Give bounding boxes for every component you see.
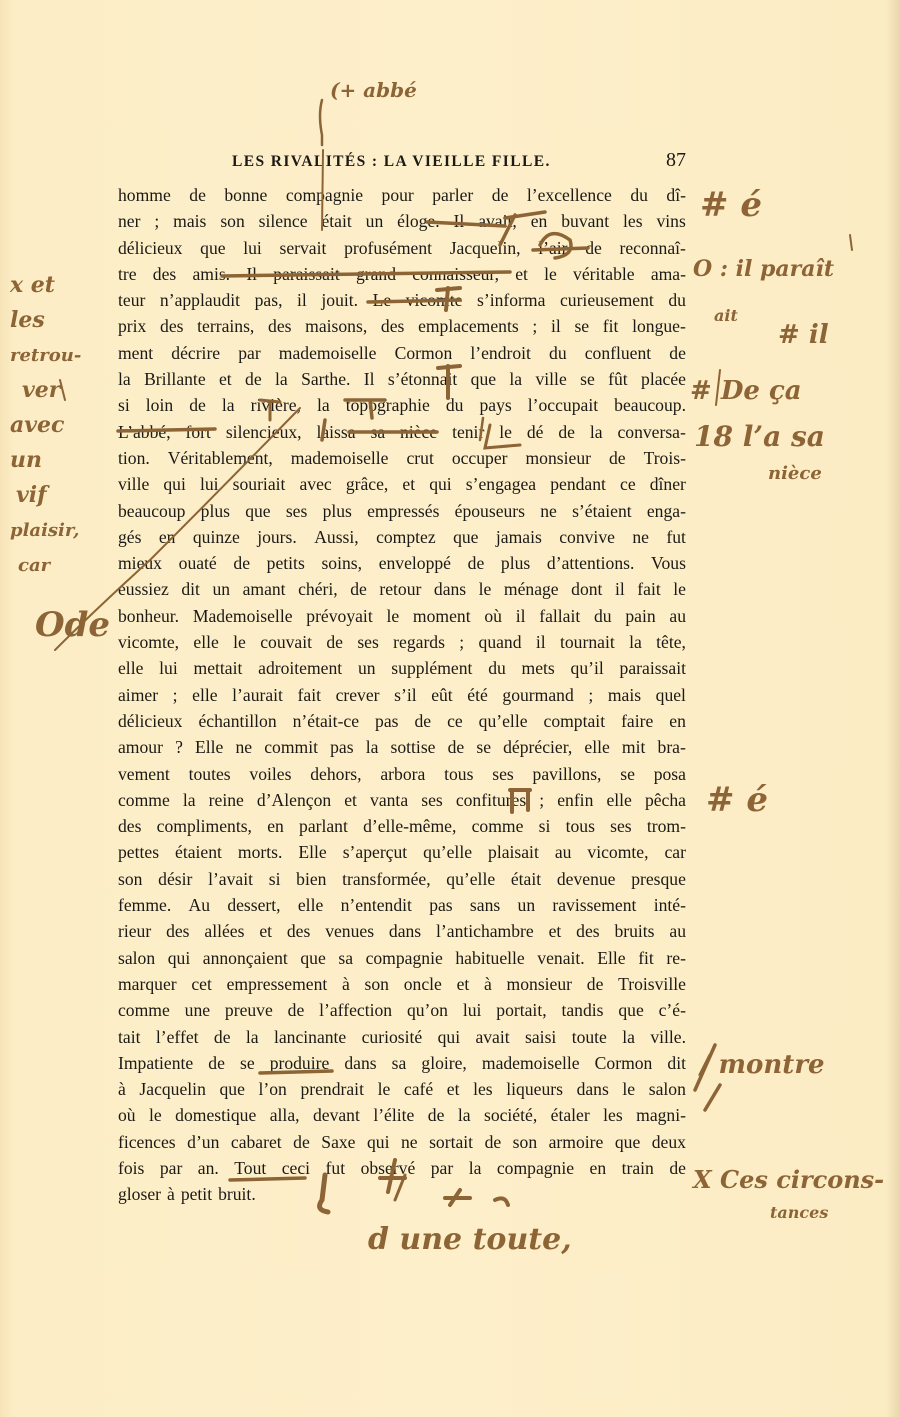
word: dehors, bbox=[310, 761, 361, 787]
word: la bbox=[509, 366, 522, 392]
word: pêcha bbox=[645, 787, 686, 813]
word: pas bbox=[375, 708, 398, 734]
word: compagnie bbox=[286, 182, 363, 208]
word: Au bbox=[189, 892, 211, 918]
word: éloge. bbox=[397, 208, 440, 234]
word: venait. bbox=[537, 945, 584, 971]
word: se bbox=[580, 366, 595, 392]
text-line: siloindelarivière,latopographiedupaysl’o… bbox=[118, 392, 686, 418]
word: au bbox=[669, 603, 686, 629]
annotation-left-line: retrou- bbox=[10, 338, 120, 373]
word: il bbox=[615, 576, 625, 602]
word: l’occupait bbox=[528, 392, 598, 418]
word: ? bbox=[175, 734, 183, 760]
word: un bbox=[212, 576, 230, 602]
word: dans bbox=[389, 918, 421, 944]
word: confluent bbox=[585, 340, 651, 366]
word: d’Alençon bbox=[257, 787, 331, 813]
word: prévoyait bbox=[306, 603, 372, 629]
text-line: tredesamis.Ilparaissaitgrandconnaisseur,… bbox=[118, 261, 686, 287]
word: placée bbox=[641, 366, 686, 392]
word: Cormon bbox=[395, 340, 453, 366]
text-line: commelareined’Alençonetvantasesconfiture… bbox=[118, 787, 686, 813]
word: du bbox=[668, 287, 686, 313]
text-line: prixdesterrains,desmaisons,desemplacemen… bbox=[118, 313, 686, 339]
word: allées bbox=[204, 918, 244, 944]
text-line: vicomte,ellelecouvaitdesesregards;quandi… bbox=[118, 629, 686, 655]
word: tournait bbox=[560, 629, 615, 655]
word: presque bbox=[631, 866, 686, 892]
annotation-left-line: Ode bbox=[35, 608, 145, 643]
word: elle bbox=[298, 892, 323, 918]
word: et bbox=[344, 787, 357, 813]
word: et bbox=[457, 971, 470, 997]
word: par bbox=[431, 1155, 453, 1181]
word: ses bbox=[421, 787, 443, 813]
word: été bbox=[467, 682, 488, 708]
word: ; bbox=[154, 208, 159, 234]
word: à bbox=[484, 971, 492, 997]
annotation-left-line: un bbox=[10, 443, 120, 478]
word: en bbox=[531, 208, 548, 234]
word: fois bbox=[118, 1155, 144, 1181]
word: ville bbox=[535, 366, 566, 392]
word: s’il bbox=[394, 682, 416, 708]
annotation-right: X Ces circons- bbox=[693, 1165, 884, 1194]
word: parlant bbox=[299, 813, 348, 839]
word: fort bbox=[186, 419, 211, 445]
word: gourmand bbox=[502, 682, 573, 708]
word: pays bbox=[479, 392, 511, 418]
word: pain bbox=[625, 603, 655, 629]
word: en bbox=[669, 708, 686, 734]
word: bruits bbox=[614, 918, 654, 944]
word: et bbox=[402, 471, 415, 497]
word: son bbox=[365, 971, 389, 997]
annotation-left-line: car bbox=[18, 548, 128, 583]
word: supplément bbox=[391, 655, 472, 681]
word: habituelle bbox=[455, 945, 524, 971]
word: l’avait bbox=[208, 866, 253, 892]
word: qui bbox=[438, 1024, 460, 1050]
word: ; bbox=[173, 682, 178, 708]
word: convive bbox=[559, 524, 615, 550]
word: dîner bbox=[650, 471, 686, 497]
text-line: ficencesd’uncabaretdeSaxequinesortaitdes… bbox=[118, 1129, 686, 1155]
text-line: beaucoupplusquesesplusempressésépouseurs… bbox=[118, 498, 686, 524]
word: dî- bbox=[666, 182, 686, 208]
word: l’endroit bbox=[470, 340, 531, 366]
word: toute bbox=[572, 1024, 607, 1050]
word: de bbox=[414, 708, 431, 734]
word: ner bbox=[118, 208, 140, 234]
word: empressement bbox=[227, 971, 328, 997]
word: l’effet bbox=[156, 1024, 199, 1050]
word: de bbox=[189, 392, 206, 418]
word: Trois- bbox=[644, 445, 686, 471]
word: étaient bbox=[175, 839, 222, 865]
word: salon bbox=[118, 945, 155, 971]
word: s’aperçut bbox=[343, 839, 407, 865]
word: du bbox=[446, 392, 464, 418]
word: de bbox=[669, 340, 686, 366]
word: désir bbox=[158, 866, 192, 892]
word: rivière, bbox=[251, 392, 301, 418]
word: qui bbox=[367, 1129, 389, 1155]
word: grand bbox=[356, 261, 396, 287]
word: de bbox=[485, 1129, 502, 1155]
word: la bbox=[183, 787, 196, 813]
word: oncle bbox=[404, 971, 442, 997]
word: devenue bbox=[557, 866, 616, 892]
word: pas bbox=[429, 892, 452, 918]
word: Il bbox=[246, 261, 257, 287]
word: reine bbox=[209, 787, 244, 813]
word: ravissement bbox=[552, 892, 636, 918]
word: un bbox=[358, 655, 376, 681]
word: dit bbox=[667, 1050, 686, 1076]
word: fallait bbox=[539, 603, 580, 629]
annotation-right: # il bbox=[778, 320, 829, 350]
text-line: teurn’applauditpas,iljouit.Levicomtes’in… bbox=[118, 287, 686, 313]
annotation-left-line: x et bbox=[10, 268, 120, 303]
word: bruit. bbox=[218, 1181, 256, 1207]
word: où bbox=[118, 1102, 136, 1128]
text-line: villequiluisouriaitavecgrâce,etquis’enga… bbox=[118, 471, 686, 497]
word: gés bbox=[118, 524, 141, 550]
word: ; bbox=[459, 629, 464, 655]
word: avait bbox=[475, 1024, 509, 1050]
word: quand bbox=[479, 629, 522, 655]
word: mets bbox=[522, 655, 555, 681]
word: bien bbox=[296, 866, 326, 892]
word: fit bbox=[638, 945, 654, 971]
word: de bbox=[214, 1024, 231, 1050]
word: comme bbox=[472, 813, 524, 839]
word: était bbox=[511, 866, 541, 892]
word: ; bbox=[588, 682, 593, 708]
text-line: mentdécrireparmademoiselleCormonl’endroi… bbox=[118, 340, 686, 366]
word: de bbox=[293, 1129, 310, 1155]
word: du bbox=[488, 655, 506, 681]
word: pour bbox=[382, 182, 414, 208]
word: qui bbox=[163, 471, 185, 497]
word: mademoiselle bbox=[291, 445, 389, 471]
word: mademoiselle bbox=[279, 340, 377, 366]
word: mit bbox=[622, 734, 645, 760]
word: du bbox=[594, 603, 612, 629]
word: vins bbox=[656, 208, 685, 234]
word: l’air bbox=[538, 235, 567, 261]
word: jours. bbox=[257, 524, 297, 550]
word: empressés bbox=[367, 498, 439, 524]
word: tre bbox=[118, 261, 137, 287]
word: teur bbox=[118, 287, 145, 313]
word: beaucoup bbox=[118, 498, 185, 524]
word: de bbox=[208, 1050, 225, 1076]
word: preuve bbox=[225, 997, 273, 1023]
word: enfin bbox=[557, 787, 593, 813]
word: marquer bbox=[118, 971, 177, 997]
word: à bbox=[118, 1076, 126, 1102]
word: de bbox=[492, 182, 509, 208]
word: ne bbox=[540, 498, 557, 524]
word: domestique bbox=[175, 1102, 256, 1128]
word: se bbox=[476, 734, 491, 760]
word: inté- bbox=[654, 892, 686, 918]
word: déprécier, bbox=[503, 734, 572, 760]
word: observé bbox=[361, 1155, 416, 1181]
word: ne bbox=[632, 524, 649, 550]
annotation-left-line: avec bbox=[10, 408, 120, 443]
word: sa bbox=[338, 945, 353, 971]
word: s’informa bbox=[477, 287, 545, 313]
word: à bbox=[167, 1181, 175, 1207]
word: qui bbox=[429, 471, 451, 497]
word: la bbox=[458, 1102, 471, 1128]
word: les bbox=[473, 1076, 493, 1102]
word: le bbox=[544, 261, 557, 287]
word: Elle bbox=[298, 839, 326, 865]
word: prendrait bbox=[300, 1076, 364, 1102]
word: par bbox=[160, 1155, 182, 1181]
word: la bbox=[246, 1024, 259, 1050]
word: un bbox=[518, 892, 536, 918]
word: adroitement bbox=[258, 655, 342, 681]
word: Jacquelin, bbox=[450, 235, 521, 261]
word: sortait bbox=[429, 1129, 473, 1155]
word: si bbox=[539, 813, 551, 839]
text-line: marquercetempressementàsononcleetàmonsie… bbox=[118, 971, 686, 997]
word: avec bbox=[300, 471, 332, 497]
word: beaucoup. bbox=[614, 392, 686, 418]
word: l’on bbox=[259, 1076, 287, 1102]
word: son bbox=[118, 866, 142, 892]
annotation-left-line: les bbox=[10, 303, 120, 338]
word: n’entendit bbox=[341, 892, 412, 918]
text-line: aimer;ellel’auraitfaitcrevers’ileûtétégo… bbox=[118, 682, 686, 708]
word: magni- bbox=[636, 1102, 686, 1128]
page-number: 87 bbox=[666, 149, 686, 172]
word: le bbox=[499, 419, 512, 445]
word: lui bbox=[159, 655, 178, 681]
word: délicieux bbox=[118, 708, 182, 734]
word: an. bbox=[198, 1155, 219, 1181]
annotation-bottom: d une toute, bbox=[368, 1222, 572, 1257]
word: il bbox=[551, 313, 561, 339]
word: silencieux, bbox=[226, 419, 302, 445]
text-line: délicieuxéchantillonn’était-cepasdecequ’… bbox=[118, 708, 686, 734]
word: l’aurait bbox=[232, 682, 283, 708]
word: arbora bbox=[380, 761, 425, 787]
word: le bbox=[378, 1076, 391, 1102]
word: son bbox=[513, 1129, 537, 1155]
word: fut bbox=[326, 1155, 346, 1181]
word: des bbox=[118, 813, 141, 839]
word: une bbox=[185, 997, 210, 1023]
word: Saxe bbox=[321, 1129, 355, 1155]
word: la bbox=[317, 392, 330, 418]
text-line: foisparan.Toutcecifutobservéparlacompagn… bbox=[118, 1155, 686, 1181]
word: conversa- bbox=[617, 419, 685, 445]
word: délicieux bbox=[118, 235, 182, 261]
word: Jacquelin bbox=[139, 1076, 205, 1102]
word: la bbox=[366, 734, 379, 760]
annotation-right: # é bbox=[706, 780, 768, 820]
word: longue- bbox=[632, 313, 686, 339]
word: la bbox=[275, 366, 288, 392]
word: compliments, bbox=[157, 813, 252, 839]
word: compagnie bbox=[497, 1155, 574, 1181]
word: monsieur bbox=[507, 971, 572, 997]
word: de bbox=[326, 629, 343, 655]
word: était bbox=[321, 208, 351, 234]
word: Aussi, bbox=[314, 524, 358, 550]
word: salon bbox=[649, 1076, 686, 1102]
text-line: ner;maissonsilenceétaitunéloge.Ilavait,e… bbox=[118, 208, 686, 234]
word: que bbox=[618, 997, 643, 1023]
word: plus bbox=[501, 550, 530, 576]
text-line: gloseràpetitbruit. bbox=[118, 1181, 686, 1207]
word: des bbox=[153, 261, 176, 287]
word: la bbox=[222, 392, 235, 418]
word: la bbox=[469, 1155, 482, 1181]
annotation-left-line: plaisir, bbox=[10, 513, 120, 548]
text-line: elleluimettaitadroitementunsupplémentdum… bbox=[118, 655, 686, 681]
word: société, bbox=[484, 1102, 537, 1128]
word: Brillante bbox=[144, 366, 206, 392]
word: sa bbox=[370, 419, 385, 445]
text-line: amour?Ellenecommitpaslasottisedesedépréc… bbox=[118, 734, 686, 760]
word: bra- bbox=[658, 734, 686, 760]
word: homme bbox=[118, 182, 171, 208]
word: crever bbox=[336, 682, 380, 708]
word: topographie bbox=[346, 392, 430, 418]
word: dont bbox=[571, 576, 602, 602]
word: se bbox=[240, 1050, 255, 1076]
word: des bbox=[166, 918, 189, 944]
word: fait bbox=[298, 682, 321, 708]
word: la bbox=[629, 629, 642, 655]
word: et bbox=[447, 1076, 460, 1102]
word: ses bbox=[492, 761, 514, 787]
word: et bbox=[259, 918, 272, 944]
word: que bbox=[245, 498, 270, 524]
word: tous bbox=[566, 813, 595, 839]
annotation-left-line: vif bbox=[16, 478, 126, 513]
word: curieusement bbox=[560, 287, 654, 313]
word: amis. bbox=[192, 261, 230, 287]
word: car bbox=[664, 839, 685, 865]
body-text: hommedebonnecompagniepourparlerdel’excel… bbox=[118, 182, 686, 1208]
word: et bbox=[549, 918, 562, 944]
word: qu’elle bbox=[423, 839, 472, 865]
word: devant bbox=[313, 1102, 360, 1128]
word: dit bbox=[181, 576, 200, 602]
word: femme. bbox=[118, 892, 171, 918]
word: retour bbox=[379, 576, 421, 602]
word: jouit. bbox=[321, 287, 358, 313]
word: où bbox=[484, 603, 502, 629]
word: buvant bbox=[561, 208, 609, 234]
word: de bbox=[468, 550, 485, 576]
annotation-right: tances bbox=[770, 1203, 828, 1222]
word: elle bbox=[606, 787, 631, 813]
word: comptait bbox=[544, 708, 606, 734]
annotation-right: O : il paraît bbox=[693, 256, 834, 282]
word: de bbox=[245, 366, 262, 392]
text-line: rieurdesalléesetdesvenuesdansl’antichamb… bbox=[118, 918, 686, 944]
word: Impatiente bbox=[118, 1050, 193, 1076]
word: s’étaient bbox=[572, 498, 632, 524]
word: Tout bbox=[234, 1155, 266, 1181]
word: ménage bbox=[504, 576, 559, 602]
word: portait, bbox=[496, 997, 546, 1023]
word: vanta bbox=[370, 787, 408, 813]
running-head-title: LES RIVALITÉS : LA VIEILLE FILLE. bbox=[232, 153, 551, 171]
word: moment bbox=[413, 603, 471, 629]
word: mais bbox=[608, 682, 641, 708]
word: mademoiselle bbox=[482, 1050, 580, 1076]
word: des bbox=[381, 313, 404, 339]
word: gloire, bbox=[421, 1050, 466, 1076]
word: elle bbox=[584, 734, 609, 760]
text-line: oùledomestiquealla,devantl’élitedelasoci… bbox=[118, 1102, 686, 1128]
word: profusément bbox=[344, 235, 432, 261]
word: qui bbox=[168, 945, 190, 971]
text-line: gésenquinzejours.Aussi,comptezquejamaisc… bbox=[118, 524, 686, 550]
word: que bbox=[471, 366, 496, 392]
word: s’étonnait bbox=[388, 366, 457, 392]
word: tête, bbox=[656, 629, 686, 655]
word: enveloppé bbox=[379, 550, 451, 576]
word: Elle bbox=[597, 945, 625, 971]
word: nièce bbox=[400, 419, 437, 445]
word: il bbox=[516, 603, 526, 629]
word: ne bbox=[401, 1129, 418, 1155]
word: vicomte, bbox=[587, 839, 648, 865]
word: son bbox=[220, 208, 244, 234]
annotation-top: (+ abbé bbox=[330, 78, 417, 102]
word: plus bbox=[323, 498, 352, 524]
word: si bbox=[269, 866, 281, 892]
word: trom- bbox=[647, 813, 686, 839]
word: terrains, bbox=[197, 313, 254, 339]
word: quel bbox=[656, 682, 686, 708]
word: de bbox=[669, 1155, 686, 1181]
word: sa bbox=[392, 1050, 407, 1076]
word: ment bbox=[118, 340, 153, 366]
word: de bbox=[585, 235, 602, 261]
word: d’attentions. bbox=[547, 550, 634, 576]
word: s’engagea bbox=[466, 471, 536, 497]
text-line: descompliments,enparlantd’elle-même,comm… bbox=[118, 813, 686, 839]
word: petit bbox=[181, 1181, 212, 1207]
word: l’élite bbox=[373, 1102, 414, 1128]
word: Troisville bbox=[618, 971, 686, 997]
word: tous bbox=[444, 761, 473, 787]
word: l’antichambre bbox=[436, 918, 534, 944]
word: vement bbox=[118, 761, 170, 787]
word: tandis bbox=[561, 997, 603, 1023]
word: dé bbox=[527, 419, 544, 445]
annotation-right: # é bbox=[700, 185, 762, 225]
word: loin bbox=[146, 392, 173, 418]
word: pavillons, bbox=[533, 761, 602, 787]
word: grâce, bbox=[346, 471, 388, 497]
word: et bbox=[219, 366, 232, 392]
word: et bbox=[515, 261, 528, 287]
